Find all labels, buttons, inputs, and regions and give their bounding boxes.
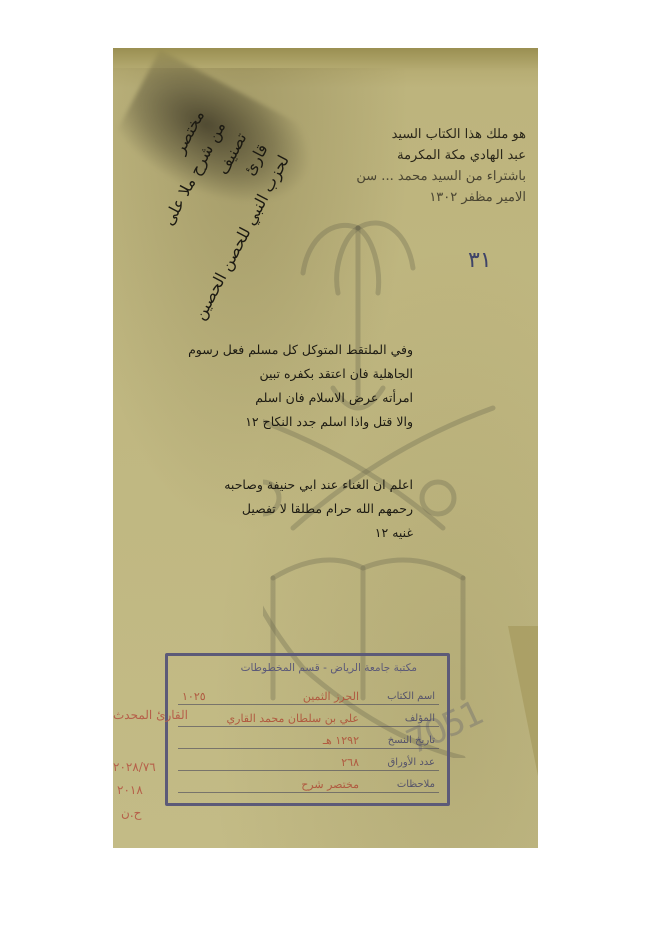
ownership-line: الامير مظفر ١٣٠٢	[316, 187, 526, 208]
margin-note-ghina: اعلم ان الغناء عند ابي حنيفة وصاحبه رحمه…	[163, 473, 413, 545]
stamp-value: الحرز الثمين	[303, 690, 359, 703]
stamp-label: اسم الكتاب	[387, 691, 435, 702]
stamp-value: مختصر شرح	[301, 778, 359, 791]
stamp-label: تاريخ النسخ	[388, 735, 435, 746]
note-line: امرأته عرض الاسلام فان اسلم	[163, 386, 413, 410]
note-line: الجاهلية فان اعتقد بكفره تبين	[163, 362, 413, 386]
stamp-label: عدد الأوراق	[387, 757, 435, 768]
note-line: رحمهم الله حرام مطلقا لا تفصيل	[163, 497, 413, 521]
stamp-row-title: اسم الكتاب الحرز الثمين ١٠٢٥	[178, 684, 439, 705]
stamp-number: ١٠٢٥	[182, 690, 206, 703]
stamp-value: ١٢٩٢ هـ	[323, 734, 359, 747]
ownership-line: هو ملك هذا الكتاب السيد	[316, 124, 526, 145]
stamp-header: مكتبة جامعة الرياض - قسم المخطوطات	[241, 662, 417, 674]
stamp-row-notes: ملاحظات مختصر شرح	[178, 772, 439, 793]
stamp-row-author: المؤلف علي بن سلطان محمد القاري	[178, 706, 439, 727]
red-margin-note: ح.ن	[121, 806, 141, 820]
stamp-value: ٢٦٨	[341, 756, 359, 769]
ownership-line: عبد الهادي مكة المكرمة	[316, 145, 526, 166]
note-line: اعلم ان الغناء عند ابي حنيفة وصاحبه	[163, 473, 413, 497]
stamp-row-folios: عدد الأوراق ٢٦٨	[178, 750, 439, 771]
stamp-value: علي بن سلطان محمد القاري	[227, 712, 359, 725]
stamp-label: المؤلف	[405, 713, 435, 724]
note-line: والا قتل واذا اسلم جدد النكاح ١٢	[163, 410, 413, 434]
note-line: وفي الملتقط المتوكل كل مسلم فعل رسوم	[163, 338, 413, 362]
ownership-line: باشتراء من السيد محمد ... سن	[316, 166, 526, 187]
red-margin-note: القارئ المحدث	[113, 708, 188, 722]
note-line: غنيه ١٢	[163, 521, 413, 545]
library-stamp: مكتبة جامعة الرياض - قسم المخطوطات اسم ا…	[165, 653, 450, 806]
folio-number: ٣١	[468, 248, 492, 273]
stamp-label: ملاحظات	[397, 779, 435, 790]
red-margin-note: ٢٠١٨	[117, 783, 143, 797]
margin-note-multaqat: وفي الملتقط المتوكل كل مسلم فعل رسوم الج…	[163, 338, 413, 434]
red-margin-note: ٢٠٢٨/٧٦	[113, 760, 156, 774]
ownership-note: هو ملك هذا الكتاب السيد عبد الهادي مكة ا…	[316, 124, 526, 208]
stamp-row-date: تاريخ النسخ ١٢٩٢ هـ	[178, 728, 439, 749]
manuscript-page: هو ملك هذا الكتاب السيد عبد الهادي مكة ا…	[113, 48, 538, 848]
